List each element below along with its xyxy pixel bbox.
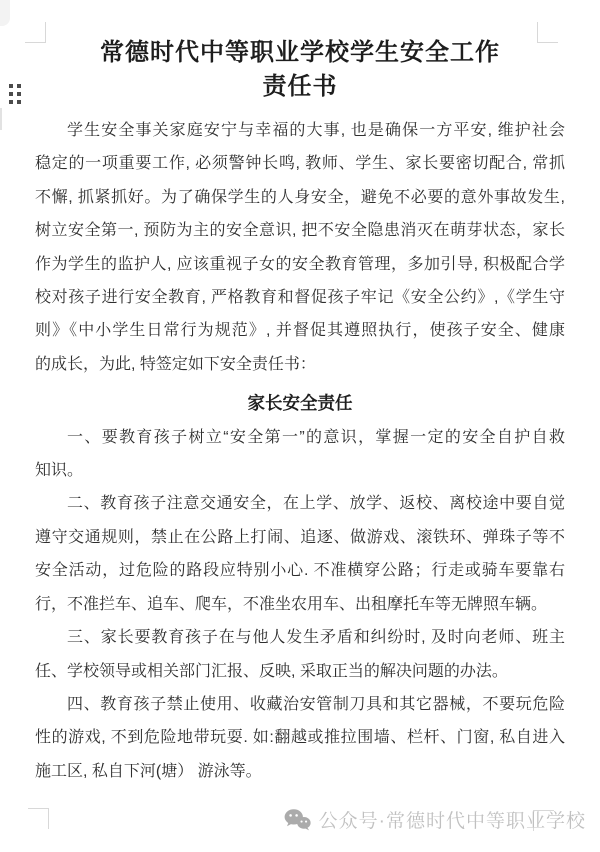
- intro-paragraph: 学生安全事关家庭安宁与幸福的大事, 也是确保一方平安, 维护社会 稳定的一项重要…: [35, 114, 565, 381]
- item-paragraph-4: 四、教育孩子禁止使用、收藏治安管制刀具和其它器械，不要玩危险 性的游戏, 不到危…: [35, 688, 565, 788]
- page-corner-shade: [0, 0, 10, 26]
- item-line: 性的游戏, 不到危险地带玩耍. 如:翻越或推拉围墙、栏杆、门窗, 私自进入: [35, 721, 565, 754]
- intro-line: 树立安全第一, 预防为主的安全意识, 把不安全隐患消灭在萌芽状态，家长: [35, 214, 565, 247]
- intro-line: 学生安全事关家庭安宁与幸福的大事, 也是确保一方平安, 维护社会: [35, 114, 565, 147]
- intro-line: 作为学生的监护人, 应该重视子女的安全教育管理，多加引导, 积极配合学: [35, 248, 565, 281]
- item-paragraph-3: 三、家长要教育孩子在与他人发生矛盾和纠纷时, 及时向老师、班主 任、学校领导或相…: [35, 621, 565, 688]
- intro-line: 校对孩子进行安全教育, 严格教育和督促孩子牢记《安全公约》,《学生守: [35, 281, 565, 314]
- item-line: 一、要教育孩子树立“安全第一”的意识，掌握一定的安全自护自救: [35, 421, 565, 454]
- intro-line: 不懈, 抓紧抓好。为了确保学生的人身安全，避免不必要的意外事故发生,: [35, 181, 565, 214]
- item-line: 行，不准拦车、追车、爬车，不准坐农用车、出租摩托车等无牌照车辆。: [35, 588, 565, 621]
- item-line: 二、教育孩子注意交通安全，在上学、放学、返校、离校途中要自觉: [35, 487, 565, 520]
- item-line: 任、学校领导或相关部门汇报、反映, 采取正当的解决问题的办法。: [35, 655, 565, 688]
- document-page: 常德时代中等职业学校学生安全工作 责任书 学生安全事关家庭安宁与幸福的大事, 也…: [35, 36, 565, 788]
- watermark: 公众号·常德时代中等职业学校: [284, 805, 586, 833]
- intro-line: 的成长，为此, 特签定如下安全责任书：: [35, 348, 565, 381]
- item-line: 知识。: [35, 454, 565, 487]
- item-line: 三、家长要教育孩子在与他人发生矛盾和纠纷时, 及时向老师、班主: [35, 621, 565, 654]
- item-paragraph-1: 一、要教育孩子树立“安全第一”的意识，掌握一定的安全自护自救 知识。: [35, 421, 565, 488]
- wechat-official-account-icon: [284, 808, 311, 831]
- intro-line: 稳定的一项重要工作, 必须警钟长鸣, 教师、学生、家长要密切配合, 常抓: [35, 147, 565, 180]
- drag-handle-icon[interactable]: [9, 84, 21, 104]
- document-title-line2: 责任书: [35, 70, 565, 104]
- watermark-label: 公众号·常德时代中等职业学校: [319, 806, 586, 833]
- item-line: 安全活动，过危险的路段应特别小心. 不准横穿公路；行走或骑车要靠右: [35, 554, 565, 587]
- item-line: 施工区, 私自下河(塘） 游泳等。: [35, 755, 565, 788]
- item-line: 遵守交通规则，禁止在公路上打闹、追逐、做游戏、滚铁环、弹珠子等不: [35, 521, 565, 554]
- margin-corner-mark-bottom-left: [28, 808, 49, 829]
- item-paragraph-2: 二、教育孩子注意交通安全，在上学、放学、返校、离校途中要自觉 遵守交通规则，禁止…: [35, 487, 565, 621]
- document-title-line1: 常德时代中等职业学校学生安全工作: [35, 36, 565, 70]
- item-line: 四、教育孩子禁止使用、收藏治安管制刀具和其它器械，不要玩危险: [35, 688, 565, 721]
- intro-line: 则》《中小学生日常行为规范》, 并督促其遵照执行，使孩子安全、健康: [35, 314, 565, 347]
- section-heading: 家长安全责任: [35, 387, 565, 420]
- page-edge-tick: [0, 108, 2, 130]
